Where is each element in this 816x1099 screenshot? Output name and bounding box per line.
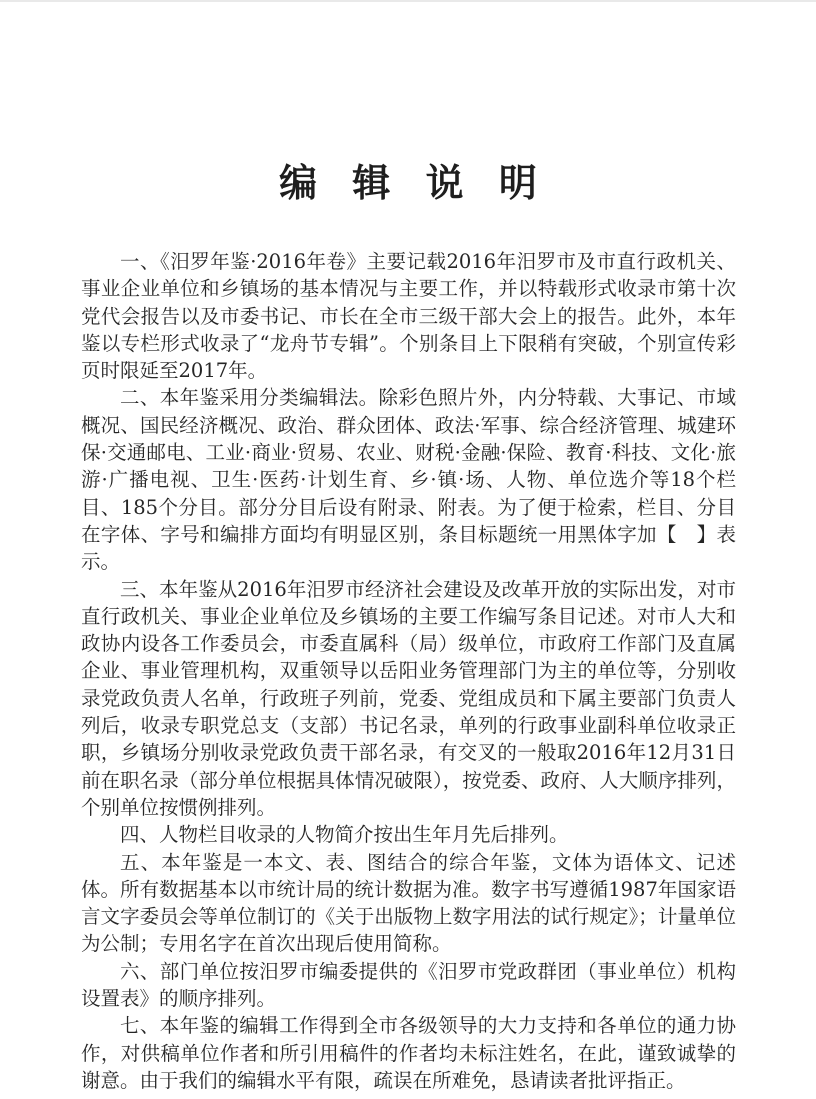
paragraph-2: 二、本年鉴采用分类编辑法。除彩色照片外，内分特载、大事记、市域概况、国民经济概况… [81,384,736,575]
document-body: 一、《汨罗年鉴·2016年卷》主要记载2016年汨罗市及市直行政机关、事业企业单… [81,248,736,1094]
document-page: 编 辑 说 明 一、《汨罗年鉴·2016年卷》主要记载2016年汨罗市及市直行政… [0,0,816,1099]
page-title: 编 辑 说 明 [81,161,736,205]
paragraph-3: 三、本年鉴从2016年汨罗市经济社会建设及改革开放的实际出发，对市直行政机关、事… [81,576,736,822]
paragraph-6: 六、部门单位按汨罗市编委提供的《汨罗市党政群团（事业单位）机构设置表》的顺序排列… [81,958,736,1013]
scan-edge-artifact [0,0,816,2]
paragraph-7: 七、本年鉴的编辑工作得到全市各级领导的大力支持和各单位的通力协作，对供稿单位作者… [81,1012,736,1094]
paragraph-4: 四、人物栏目收录的人物简介按出生年月先后排列。 [81,821,736,848]
paragraph-5: 五、本年鉴是一本文、表、图结合的综合年鉴，文体为语体文、记述体。所有数据基本以市… [81,849,736,958]
paragraph-1: 一、《汨罗年鉴·2016年卷》主要记载2016年汨罗市及市直行政机关、事业企业单… [81,248,736,384]
